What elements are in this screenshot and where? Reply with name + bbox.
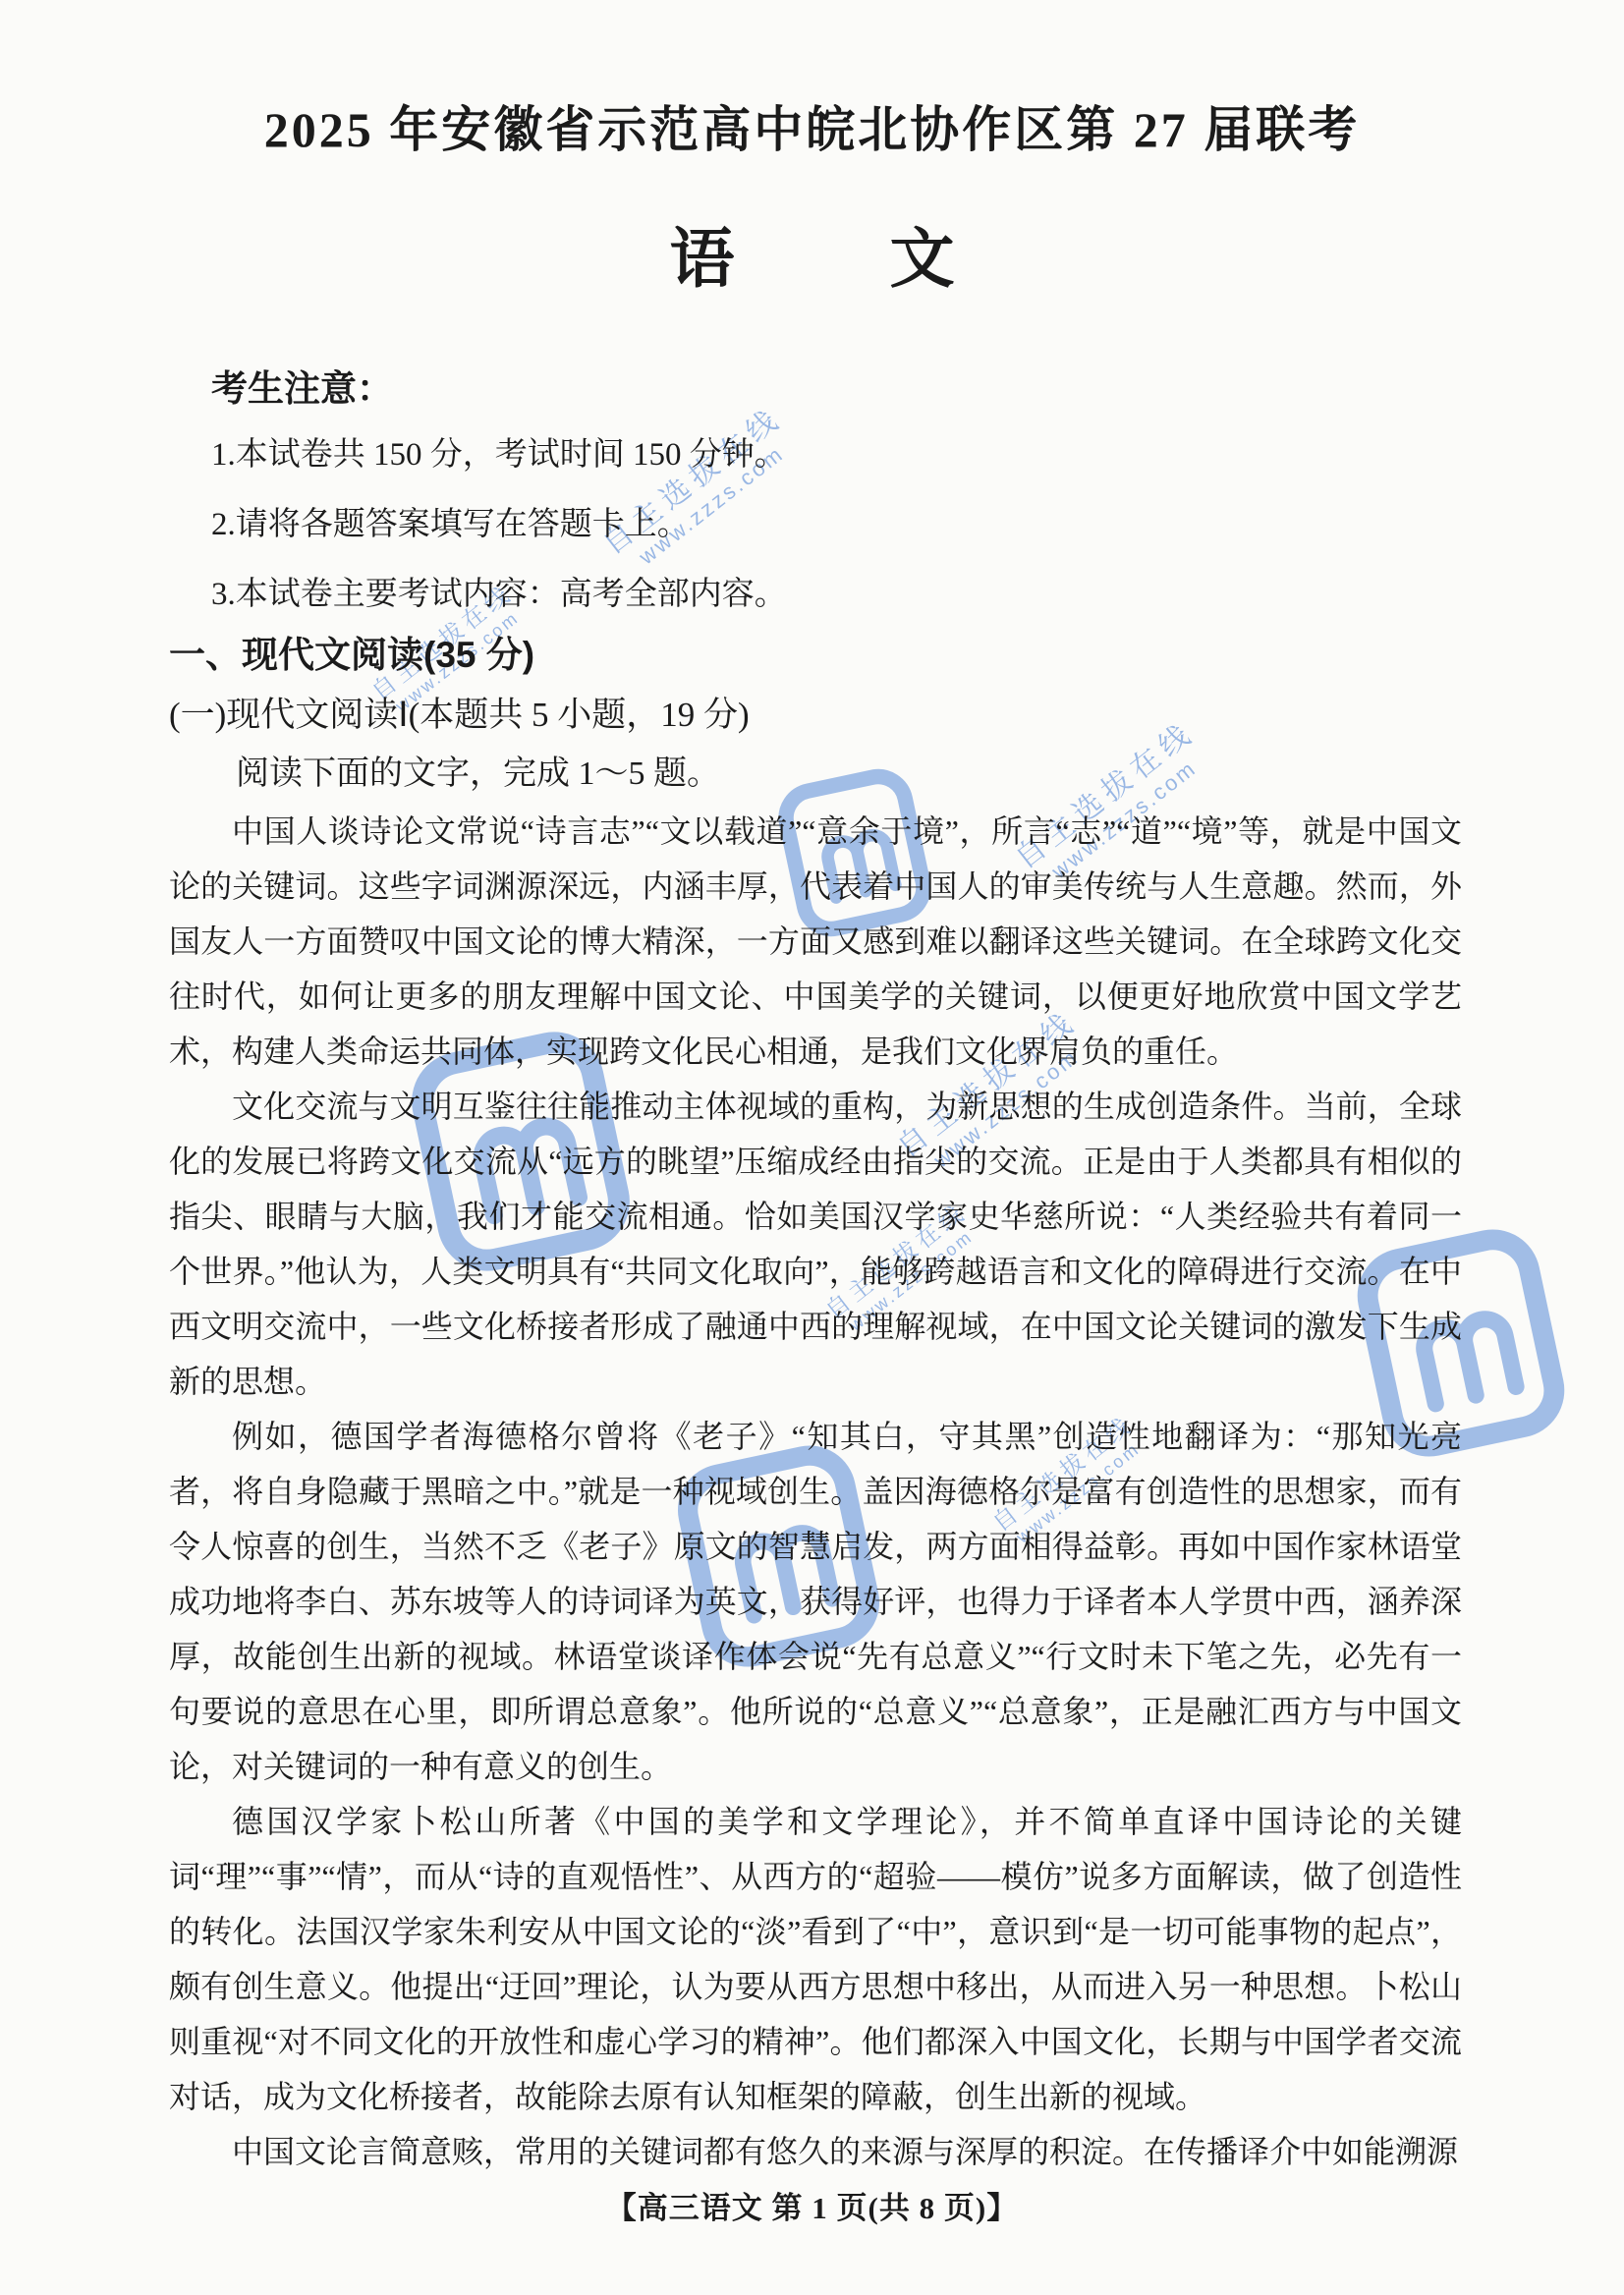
passage-paragraph: 中国文论言简意赅，常用的关键词都有悠久的来源与深厚的积淀。在传播译介中如能溯源	[169, 2124, 1462, 2179]
passage-instruction: 阅读下面的文字，完成 1～5 题。	[169, 745, 1462, 804]
notice-section: 考生注意： 1.本试卷共 150 分，考试时间 150 分钟。 2.请将各题答案…	[211, 360, 1095, 630]
section-heading: 一、现代文阅读(35 分)	[169, 625, 1462, 686]
passage-paragraph: 德国汉学家卜松山所著《中国的美学和文学理论》，并不简单直译中国诗论的关键词“理”…	[169, 1794, 1462, 2124]
subject-char-second: 文	[890, 206, 955, 300]
passage-section: 一、现代文阅读(35 分) (一)现代文阅读Ⅰ(本题共 5 小题，19 分) 阅…	[169, 625, 1462, 2179]
notice-item: 1.本试卷共 150 分，考试时间 150 分钟。	[211, 420, 1095, 490]
exam-paper-page: 自主选拔在线 www.zzzs.com 自主选拔在线 www.zzzs.com …	[0, 0, 1624, 2295]
page-number-footer: 【高三语文 第 1 页(共 8 页)】	[0, 2183, 1624, 2227]
subject-char-first: 语	[670, 206, 735, 300]
notice-item: 3.本试卷主要考试内容：高考全部内容。	[211, 560, 1095, 630]
passage-paragraph: 中国人谈诗论文常说“诗言志”“文以载道”“意余于境”，所言“志”“道”“境”等，…	[169, 804, 1462, 1079]
notice-item: 2.请将各题答案填写在答题卡上。	[211, 490, 1095, 560]
passage-paragraph: 例如，德国学者海德格尔曾将《老子》“知其白，守其黑”创造性地翻译为：“那知光亮者…	[169, 1409, 1462, 1794]
exam-subject: 语 文	[0, 206, 1624, 300]
subsection-heading: (一)现代文阅读Ⅰ(本题共 5 小题，19 分)	[169, 686, 1462, 745]
passage-paragraph: 文化交流与文明互鉴往往能推动主体视域的重构，为新思想的生成创造条件。当前，全球化…	[169, 1079, 1462, 1409]
notice-heading: 考生注意：	[211, 360, 1095, 420]
exam-title: 2025 年安徽省示范高中皖北协作区第 27 届联考	[0, 90, 1624, 161]
